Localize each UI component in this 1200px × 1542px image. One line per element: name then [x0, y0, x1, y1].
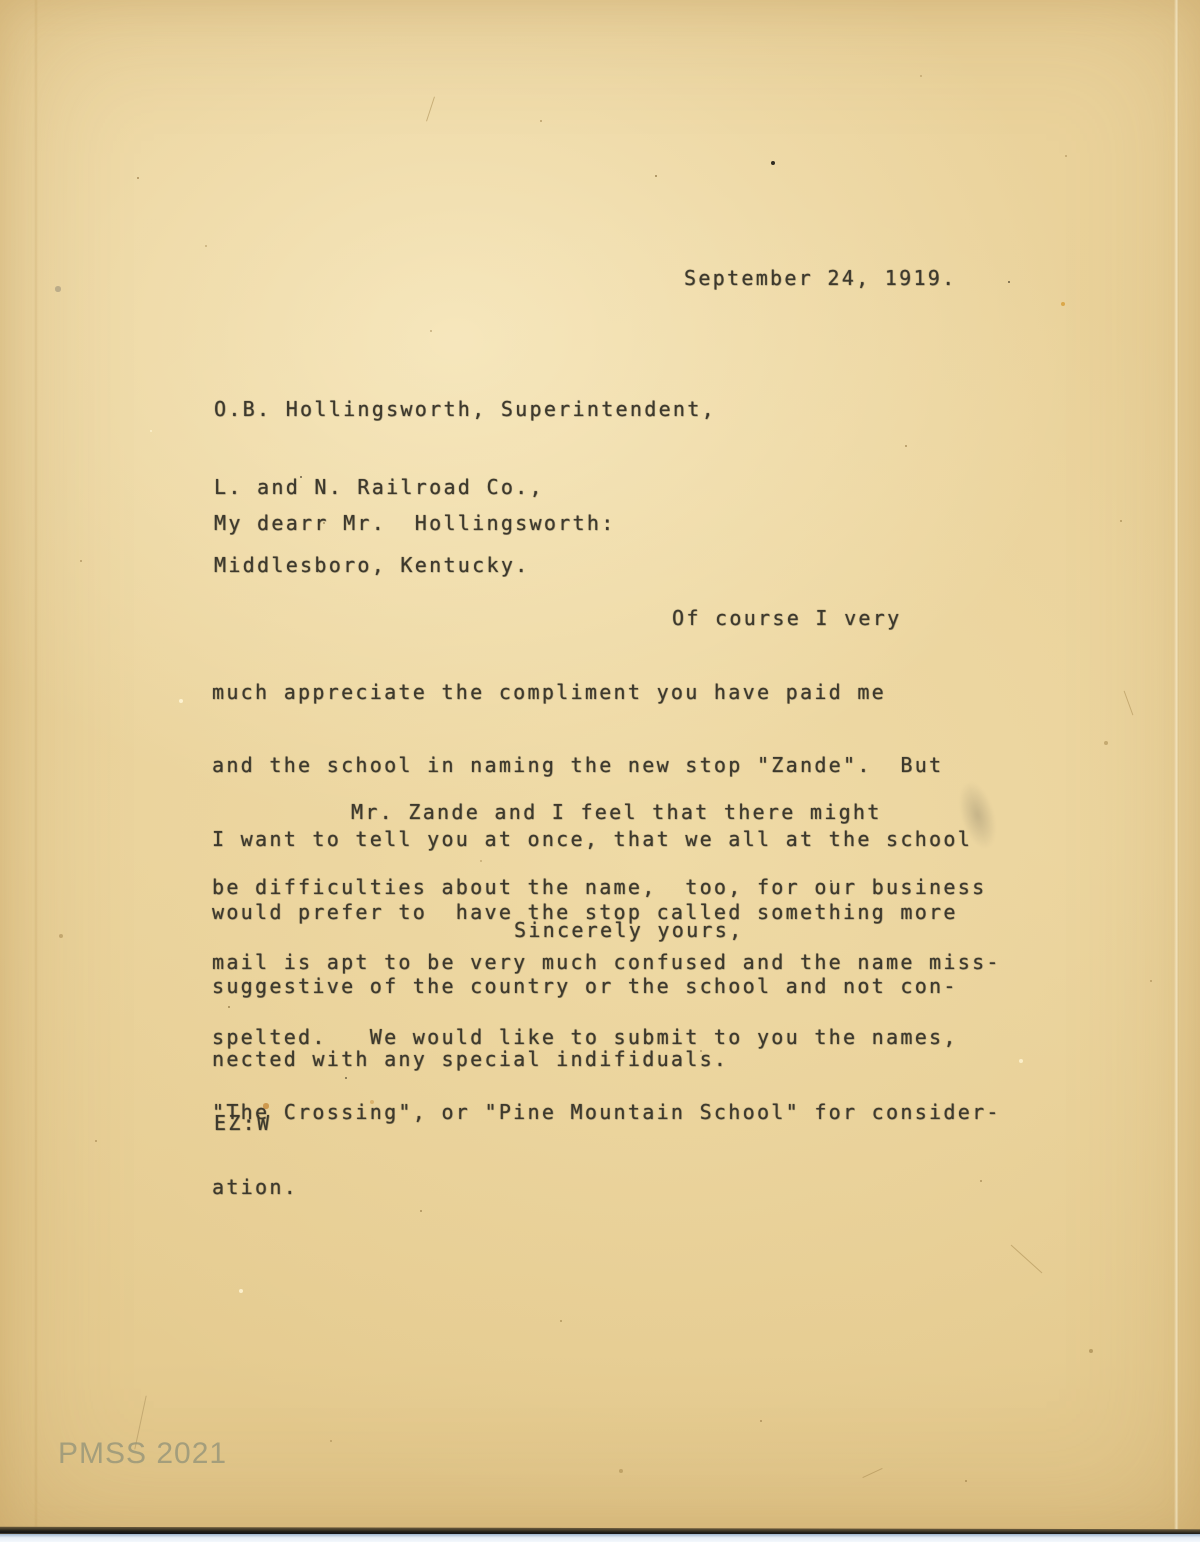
body-line: be difficulties about the name, too, for… — [212, 875, 1001, 900]
archive-watermark: PMSS 2021 — [58, 1437, 227, 1471]
paper-crease-left — [34, 0, 38, 1542]
body-line: Of course I very — [212, 606, 972, 631]
paper-fiber — [1011, 1245, 1043, 1274]
paper-speckles — [0, 0, 2, 2]
body-line: mail is apt to be very much confused and… — [212, 950, 1001, 975]
typist-reference: EZ:W — [214, 1111, 271, 1135]
scan-bottom-edge-light — [0, 1534, 1200, 1542]
paper-fiber — [862, 1468, 882, 1478]
body-line: spelted. We would like to submit to you … — [212, 1025, 1001, 1050]
scanned-letter-page: September 24, 1919. O.B. Hollingsworth, … — [0, 0, 1200, 1542]
body-line: much appreciate the compliment you have … — [212, 680, 972, 705]
closing-line: Sincerely yours, — [514, 918, 743, 942]
paper-crease-right — [1174, 0, 1179, 1542]
body-line: ation. — [212, 1175, 1001, 1200]
body-line: "The Crossing", or "Pine Mountain School… — [212, 1100, 1001, 1125]
letter-date: September 24, 1919. — [684, 266, 956, 290]
address-line: L. and N. Railroad Co., — [214, 474, 716, 500]
body-paragraph-2: Mr. Zande and I feel that there might be… — [212, 750, 1001, 1250]
paper-fiber — [1124, 691, 1134, 716]
salutation: My dearr Mr. Hollingsworth: — [214, 511, 616, 535]
address-line: O.B. Hollingsworth, Superintendent, — [214, 396, 716, 422]
body-line: Mr. Zande and I feel that there might — [212, 800, 1001, 825]
paper-fiber — [426, 96, 435, 121]
